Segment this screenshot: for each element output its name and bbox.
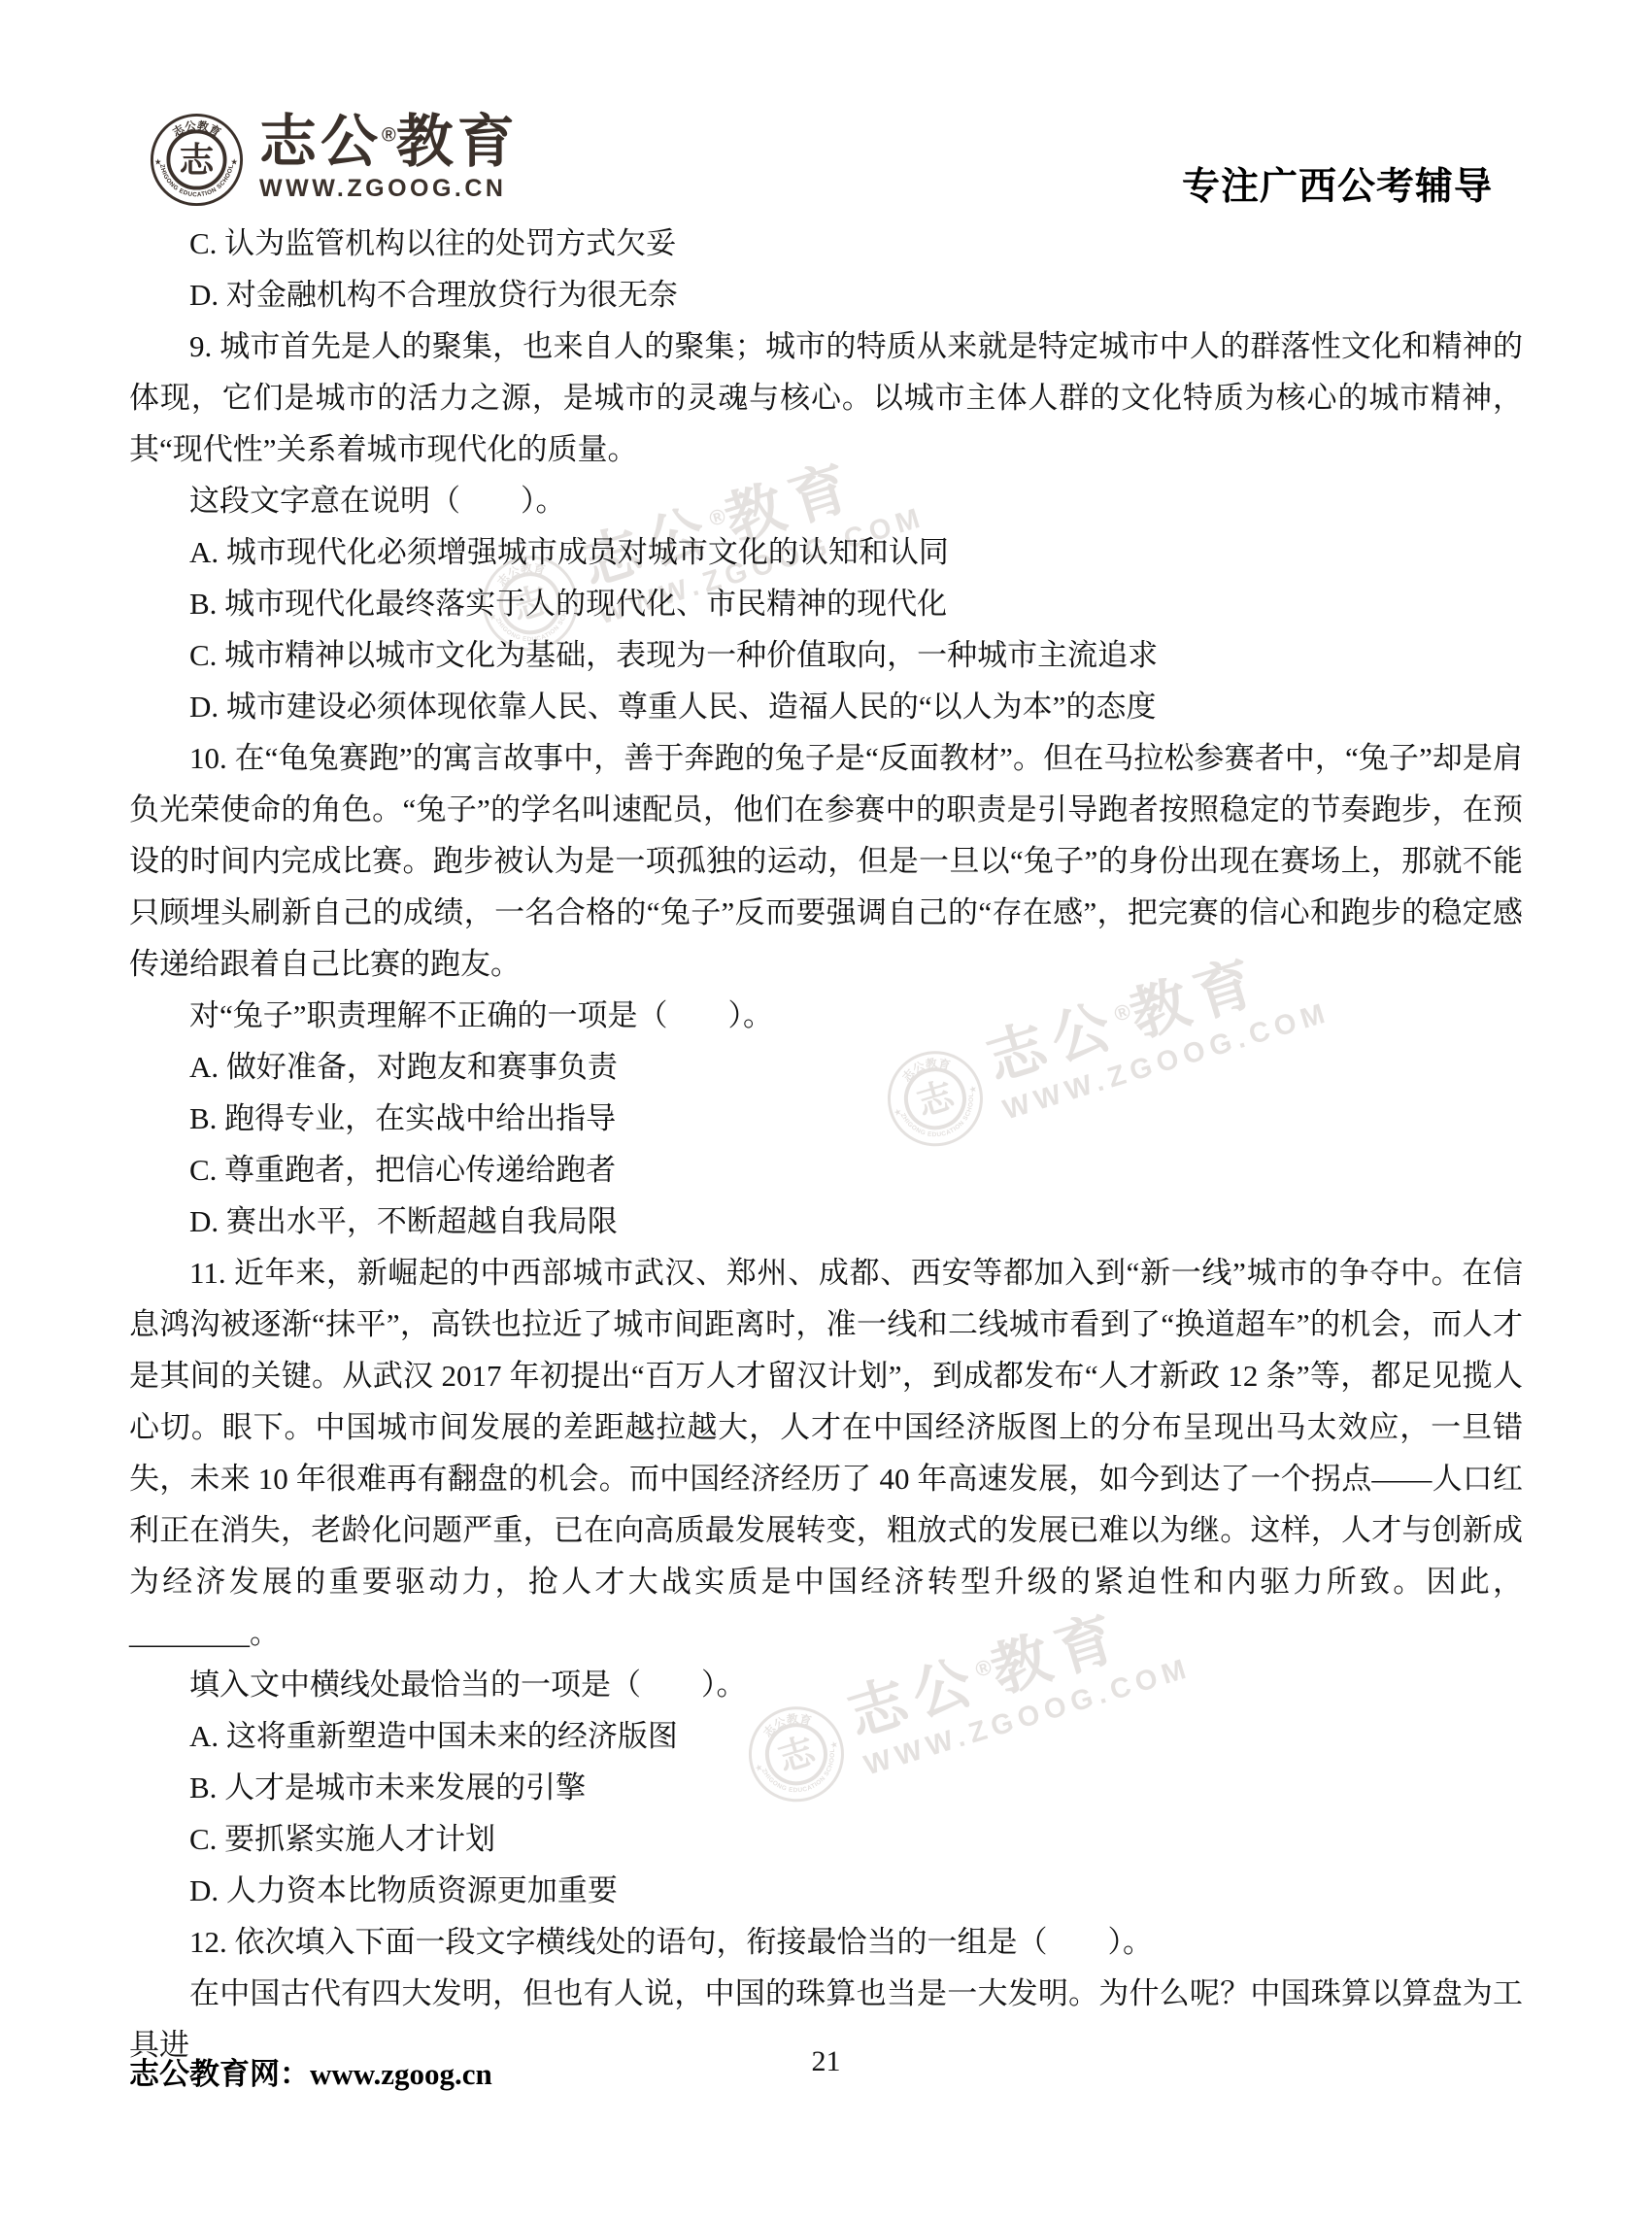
paragraph-8: D. 城市建设必须体现依靠人民、尊重人民、造福人民的“以人为本”的态度: [129, 681, 1523, 732]
header-tagline: 专注广西公考辅导: [1182, 156, 1493, 211]
paragraph-4: 这段文字意在说明（ ）。: [129, 475, 1523, 526]
paragraph-10: 对“兔子”职责理解不正确的一项是（ ）。: [129, 990, 1523, 1041]
document-page: { "header": { "logo": { "brand_left": "志…: [0, 0, 1652, 2225]
paragraph-16: 填入文中横线处最恰当的一项是（ ）。: [129, 1659, 1523, 1710]
svg-text:志公教育: 志公教育: [170, 118, 223, 140]
registered-mark: ®: [382, 124, 396, 146]
svg-text:★: ★: [230, 156, 238, 166]
paragraph-7: C. 城市精神以城市文化为基础，表现为一种价值取向，一种城市主流追求: [129, 629, 1523, 681]
paragraph-15: 11. 近年来，新崛起的中西部城市武汉、郑州、成都、西安等都加入到“新一线”城市…: [129, 1247, 1523, 1659]
paragraph-21: 12. 依次填入下面一段文字横线处的语句，衔接最恰当的一组是（ ）。: [129, 1916, 1523, 1968]
paragraph-1: C. 认为监管机构以往的处罚方式欠妥: [129, 218, 1523, 269]
svg-text:★: ★: [154, 156, 162, 166]
paragraph-17: A. 这将重新塑造中国未来的经济版图: [129, 1710, 1523, 1762]
paragraph-14: D. 赛出水平，不断超越自我局限: [129, 1196, 1523, 1247]
paragraph-3: 9. 城市首先是人的聚集，也来自人的聚集；城市的特质从来就是特定城市中人的群落性…: [129, 320, 1523, 475]
paragraph-19: C. 要抓紧实施人才计划: [129, 1813, 1523, 1865]
logo-text-block: 志公®教育 WWW.ZGOOG.CN: [259, 113, 519, 203]
brand-wordmark: 志公®教育: [259, 113, 519, 172]
paragraph-6: B. 城市现代化最终落实于人的现代化、市民精神的现代化: [129, 578, 1523, 629]
paragraph-12: B. 跑得专业，在实战中给出指导: [129, 1093, 1523, 1144]
question-body: C. 认为监管机构以往的处罚方式欠妥D. 对金融机构不合理放贷行为很无奈9. 城…: [129, 218, 1523, 2071]
paragraph-18: B. 人才是城市未来发展的引擎: [129, 1762, 1523, 1813]
paragraph-2: D. 对金融机构不合理放贷行为很无奈: [129, 269, 1523, 320]
footer-site-label: 志公教育网：www.zgoog.cn: [129, 2049, 492, 2093]
paragraph-20: D. 人力资本比物质资源更加重要: [129, 1865, 1523, 1916]
paragraph-11: A. 做好准备，对跑友和赛事负责: [129, 1041, 1523, 1093]
paragraph-9: 10. 在“龟兔赛跑”的寓言故事中，善于奔跑的兔子是“反面教材”。但在马拉松参赛…: [129, 732, 1523, 990]
paragraph-13: C. 尊重跑者，把信心传递给跑者: [129, 1144, 1523, 1196]
logo-url: WWW.ZGOOG.CN: [259, 175, 519, 203]
paragraph-5: A. 城市现代化必须增强城市成员对城市文化的认知和认同: [129, 526, 1523, 578]
zhigong-logo: 志公教育ZHIGONG EDUCATION SCHOOL★★志 志公®教育 WW…: [150, 113, 519, 207]
svg-text:志: 志: [180, 141, 216, 180]
zhigong-seal-logo-icon: 志公教育ZHIGONG EDUCATION SCHOOL★★志: [150, 113, 244, 207]
